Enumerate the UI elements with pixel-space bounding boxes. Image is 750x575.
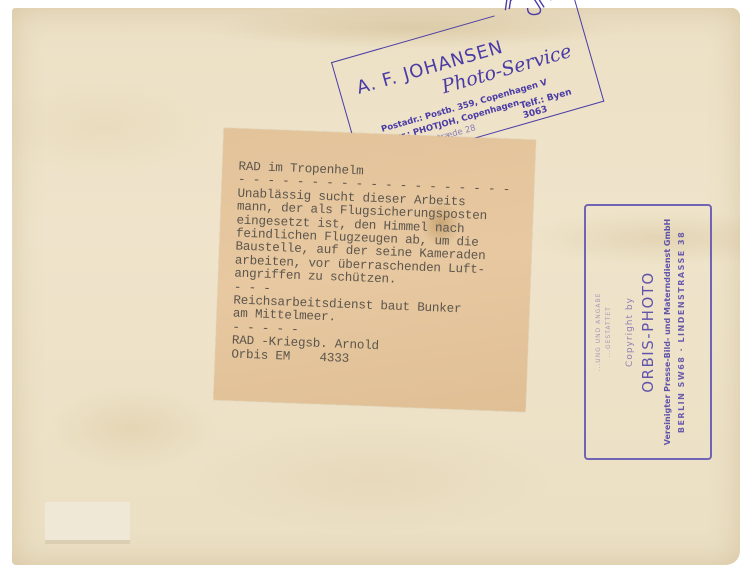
paper-patch: [45, 502, 130, 544]
stamp-company: Vereinigter Presse-Bild- und Maternddien…: [663, 212, 672, 452]
stamp-brand: ORBIS-PHOTO: [639, 212, 657, 452]
typed-caption-card: RAD im Tropenhelm - - - - - - - - - - - …: [214, 128, 536, 412]
stamp-address: BERLIN SW68 · LINDENSTRASSE 38: [677, 212, 686, 452]
stamp-faint-line: ...GESTATTET: [605, 212, 612, 452]
stamp-copyright: Copyright by: [625, 212, 635, 452]
stamp-faint-line: ...UNG UND ANGABE: [595, 212, 602, 452]
caption-text: RAD im Tropenhelm - - - - - - - - - - - …: [231, 161, 529, 373]
orbis-photo-stamp: ...UNG UND ANGABE ...GESTATTET Copyright…: [584, 204, 712, 460]
